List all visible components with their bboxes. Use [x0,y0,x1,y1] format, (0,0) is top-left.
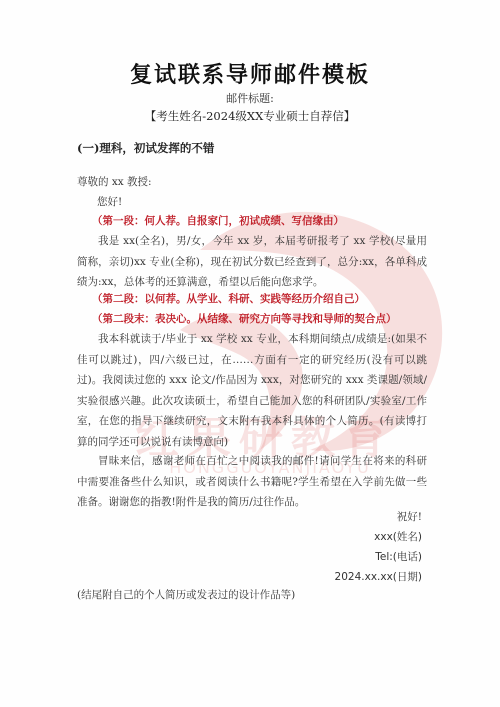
signature-name: xxx(姓名) [374,529,422,544]
salutation: 尊敬的 xx 教授: [77,175,152,189]
closing: 祝好! [397,509,422,524]
signature-date: 2024.xx.xx(日期) [335,569,422,584]
section-heading: (一)理科，初试发挥的不错 [77,140,214,156]
footer-note: (结尾附自己的个人简历或发表过的设计作品等) [77,588,295,602]
subject-label: 邮件标题: [0,90,500,106]
document-page: 红果研教育 HONGGUOYANJIAOYU 复试联系导师邮件模板 邮件标题: … [0,0,500,707]
note-paragraph-2-end: （第二段末：表决心。从结缘、研究方向等寻找和导师的契合点） [92,312,397,326]
greeting: 您好! [97,195,122,209]
page-title: 复试联系导师邮件模板 [0,58,500,89]
note-paragraph-1: （第一段：何人荐。自报家门，初试成绩、写信缘由） [92,214,344,228]
paragraph-1: 我是 xx(全名)，男/女，今年 xx 岁，本届考研报考了 xx 学校(尽量用简… [77,231,427,293]
paragraph-3: 冒昧来信，感谢老师在百忙之中阅读我的邮件!请问学生在将来的科研中需要准备些什么知… [77,451,427,513]
note-paragraph-2: （第二段：以何荐。从学业、科研、实践等经历介绍自己） [92,292,365,306]
paragraph-2: 我本科就读于/毕业于 xx 学校 xx 专业，本科期间绩点/成绩是:(如果不佳可… [77,329,427,452]
signature-tel: Tel:(电话) [375,549,422,564]
subject-value: 【考生姓名-2024级XX专业硕士自荐信】 [0,108,500,124]
